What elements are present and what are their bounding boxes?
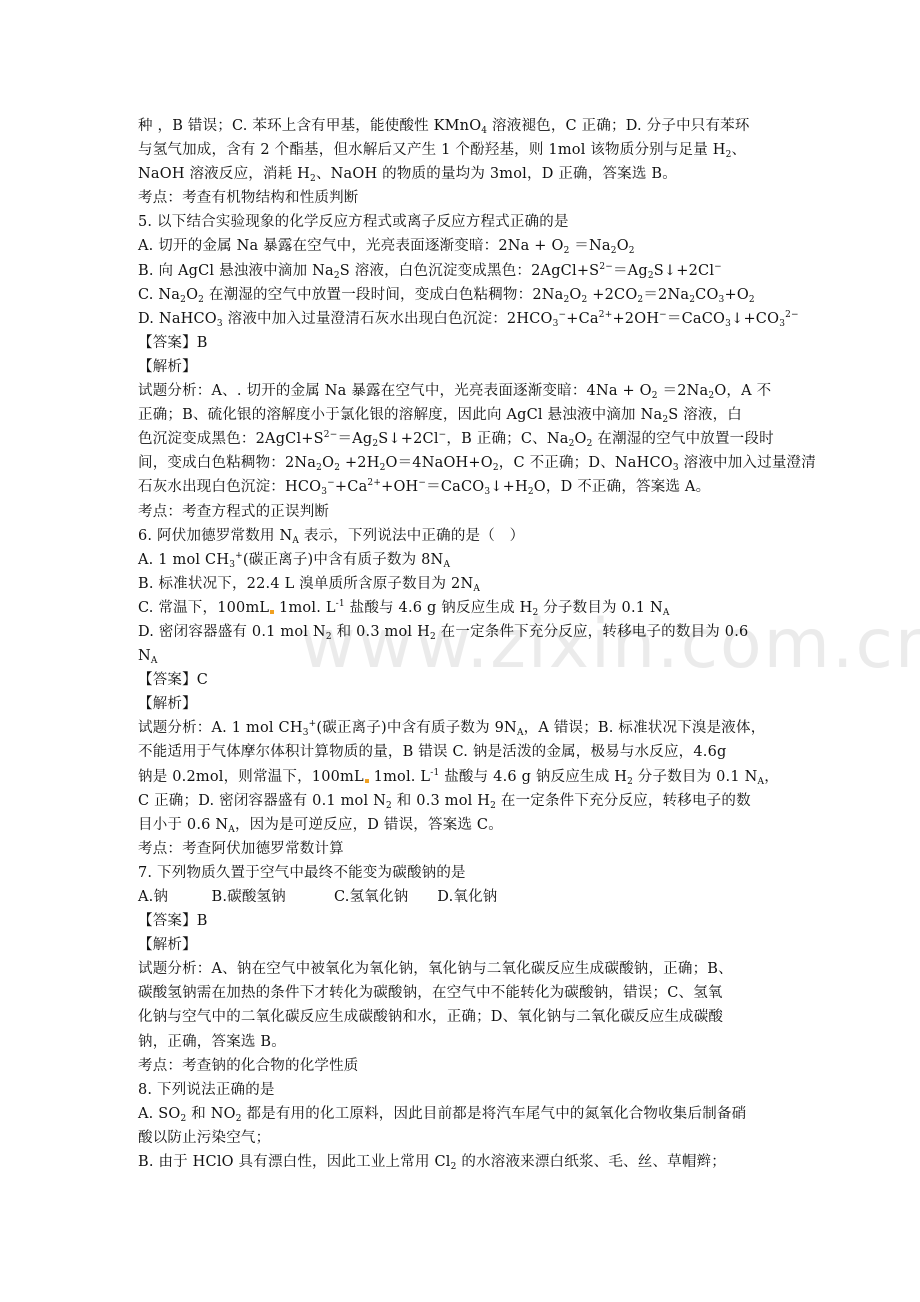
- text-line: 7. 下列物质久置于空气中最终不能变为碳酸钠的是: [138, 861, 838, 885]
- text-line: A. SO2 和 NO2 都是有用的化工原料，因此目前都是将汽车尾气中的氮氧化合…: [138, 1102, 838, 1126]
- text-line: B. 向 AgCl 悬浊液中滴加 Na2S 溶液，白色沉淀变成黑色：2AgCl+…: [138, 259, 838, 283]
- text-line: C. 常温下，100mL 1mol. L-1 盐酸与 4.6 g 钠反应生成 H…: [138, 596, 838, 620]
- text-line: 【答案】B: [138, 331, 838, 355]
- text-line: 碳酸氢钠需在加热的条件下才转化为碳酸钠，在空气中不能转化为碳酸钠，错误；C、氢氧: [138, 981, 838, 1005]
- text-line: 化钠与空气中的二氧化碳反应生成碳酸钠和水，正确；D、氧化钠与二氧化碳反应生成碳酸: [138, 1005, 838, 1029]
- text-line: 考点：考查阿伏加德罗常数计算: [138, 837, 838, 861]
- text-line: A. 切开的金属 Na 暴露在空气中，光亮表面逐渐变暗：2Na + O2 ＝Na…: [138, 234, 838, 258]
- text-line: 色沉淀变成黑色：2AgCl+S2−＝Ag2S↓+2Cl−，B 正确；C、Na2O…: [138, 427, 838, 451]
- document-page: www.zixin.com.cn 种 ，B 错误；C. 苯环上含有甲基，能使酸性…: [0, 0, 920, 1302]
- text-line: 【解析】: [138, 692, 838, 716]
- text-line: 目小于 0.6 NA，因为是可逆反应，D 错误，答案选 C。: [138, 813, 838, 837]
- text-line: C 正确；D. 密闭容器盛有 0.1 mol N2 和 0.3 mol H2 在…: [138, 789, 838, 813]
- text-line: 间，变成白色粘稠物：2Na2O2 +2H2O＝4NaOH+O2，C 不正确；D、…: [138, 451, 838, 475]
- text-line: 钠是 0.2mol，则常温下，100mL 1mol. L-1 盐酸与 4.6 g…: [138, 765, 838, 789]
- text-line: 【解析】: [138, 355, 838, 379]
- document-body: 种 ，B 错误；C. 苯环上含有甲基，能使酸性 KMnO4 溶液褪色，C 正确；…: [138, 114, 838, 1174]
- text-line: 与氢气加成，含有 2 个酯基，但水解后又产生 1 个酚羟基，则 1mol 该物质…: [138, 138, 838, 162]
- text-line: D. 密闭容器盛有 0.1 mol N2 和 0.3 mol H2 在一定条件下…: [138, 620, 838, 644]
- text-line: 试题分析：A. 1 mol CH3+(碳正离子)中含有质子数为 9NA，A 错误…: [138, 716, 838, 740]
- text-line: NA: [138, 644, 838, 668]
- text-line: 【解析】: [138, 933, 838, 957]
- text-line: 试题分析：A、. 切开的金属 Na 暴露在空气中，光亮表面逐渐变暗：4Na + …: [138, 379, 838, 403]
- text-line: 钠，正确，答案选 B。: [138, 1030, 838, 1054]
- text-line: A. 1 mol CH3+(碳正离子)中含有质子数为 8NA: [138, 548, 838, 572]
- text-line: NaOH 溶液反应，消耗 H2、NaOH 的物质的量均为 3mol，D 正确，答…: [138, 162, 838, 186]
- text-line: A.钠 B.碳酸氢钠 C.氢氧化钠 D.氧化钠: [138, 885, 838, 909]
- text-line: 酸以防止污染空气；: [138, 1126, 838, 1150]
- text-line: C. Na2O2 在潮湿的空气中放置一段时间，变成白色粘稠物：2Na2O2 +2…: [138, 283, 838, 307]
- text-line: 正确；B、硫化银的溶解度小于氯化银的溶解度，因此向 AgCl 悬浊液中滴加 Na…: [138, 403, 838, 427]
- text-line: 石灰水出现白色沉淀：HCO3−+Ca2++OH−＝CaCO3↓+H2O，D 不正…: [138, 475, 838, 499]
- text-line: 【答案】B: [138, 909, 838, 933]
- text-line: 考点：考查钠的化合物的化学性质: [138, 1054, 838, 1078]
- text-line: B. 由于 HClO 具有漂白性，因此工业上常用 Cl2 的水溶液来漂白纸浆、毛…: [138, 1150, 838, 1174]
- text-line: 种 ，B 错误；C. 苯环上含有甲基，能使酸性 KMnO4 溶液褪色，C 正确；…: [138, 114, 838, 138]
- text-line: 【答案】C: [138, 668, 838, 692]
- text-line: 6. 阿伏加德罗常数用 NA 表示，下列说法中正确的是（ ）: [138, 524, 838, 548]
- text-line: 5. 以下结合实验现象的化学反应方程式或离子反应方程式正确的是: [138, 210, 838, 234]
- text-line: 考点：考查有机物结构和性质判断: [138, 186, 838, 210]
- text-line: D. NaHCO3 溶液中加入过量澄清石灰水出现白色沉淀：2HCO3−+Ca2+…: [138, 307, 838, 331]
- text-line: 试题分析：A、钠在空气中被氧化为氧化钠，氧化钠与二氧化碳反应生成碳酸钠，正确；B…: [138, 957, 838, 981]
- text-line: B. 标准状况下，22.4 L 溴单质所含原子数目为 2NA: [138, 572, 838, 596]
- text-line: 考点：考查方程式的正误判断: [138, 500, 838, 524]
- text-line: 不能适用于气体摩尔体积计算物质的量，B 错误 C. 钠是活泼的金属，极易与水反应…: [138, 740, 838, 764]
- text-line: 8. 下列说法正确的是: [138, 1078, 838, 1102]
